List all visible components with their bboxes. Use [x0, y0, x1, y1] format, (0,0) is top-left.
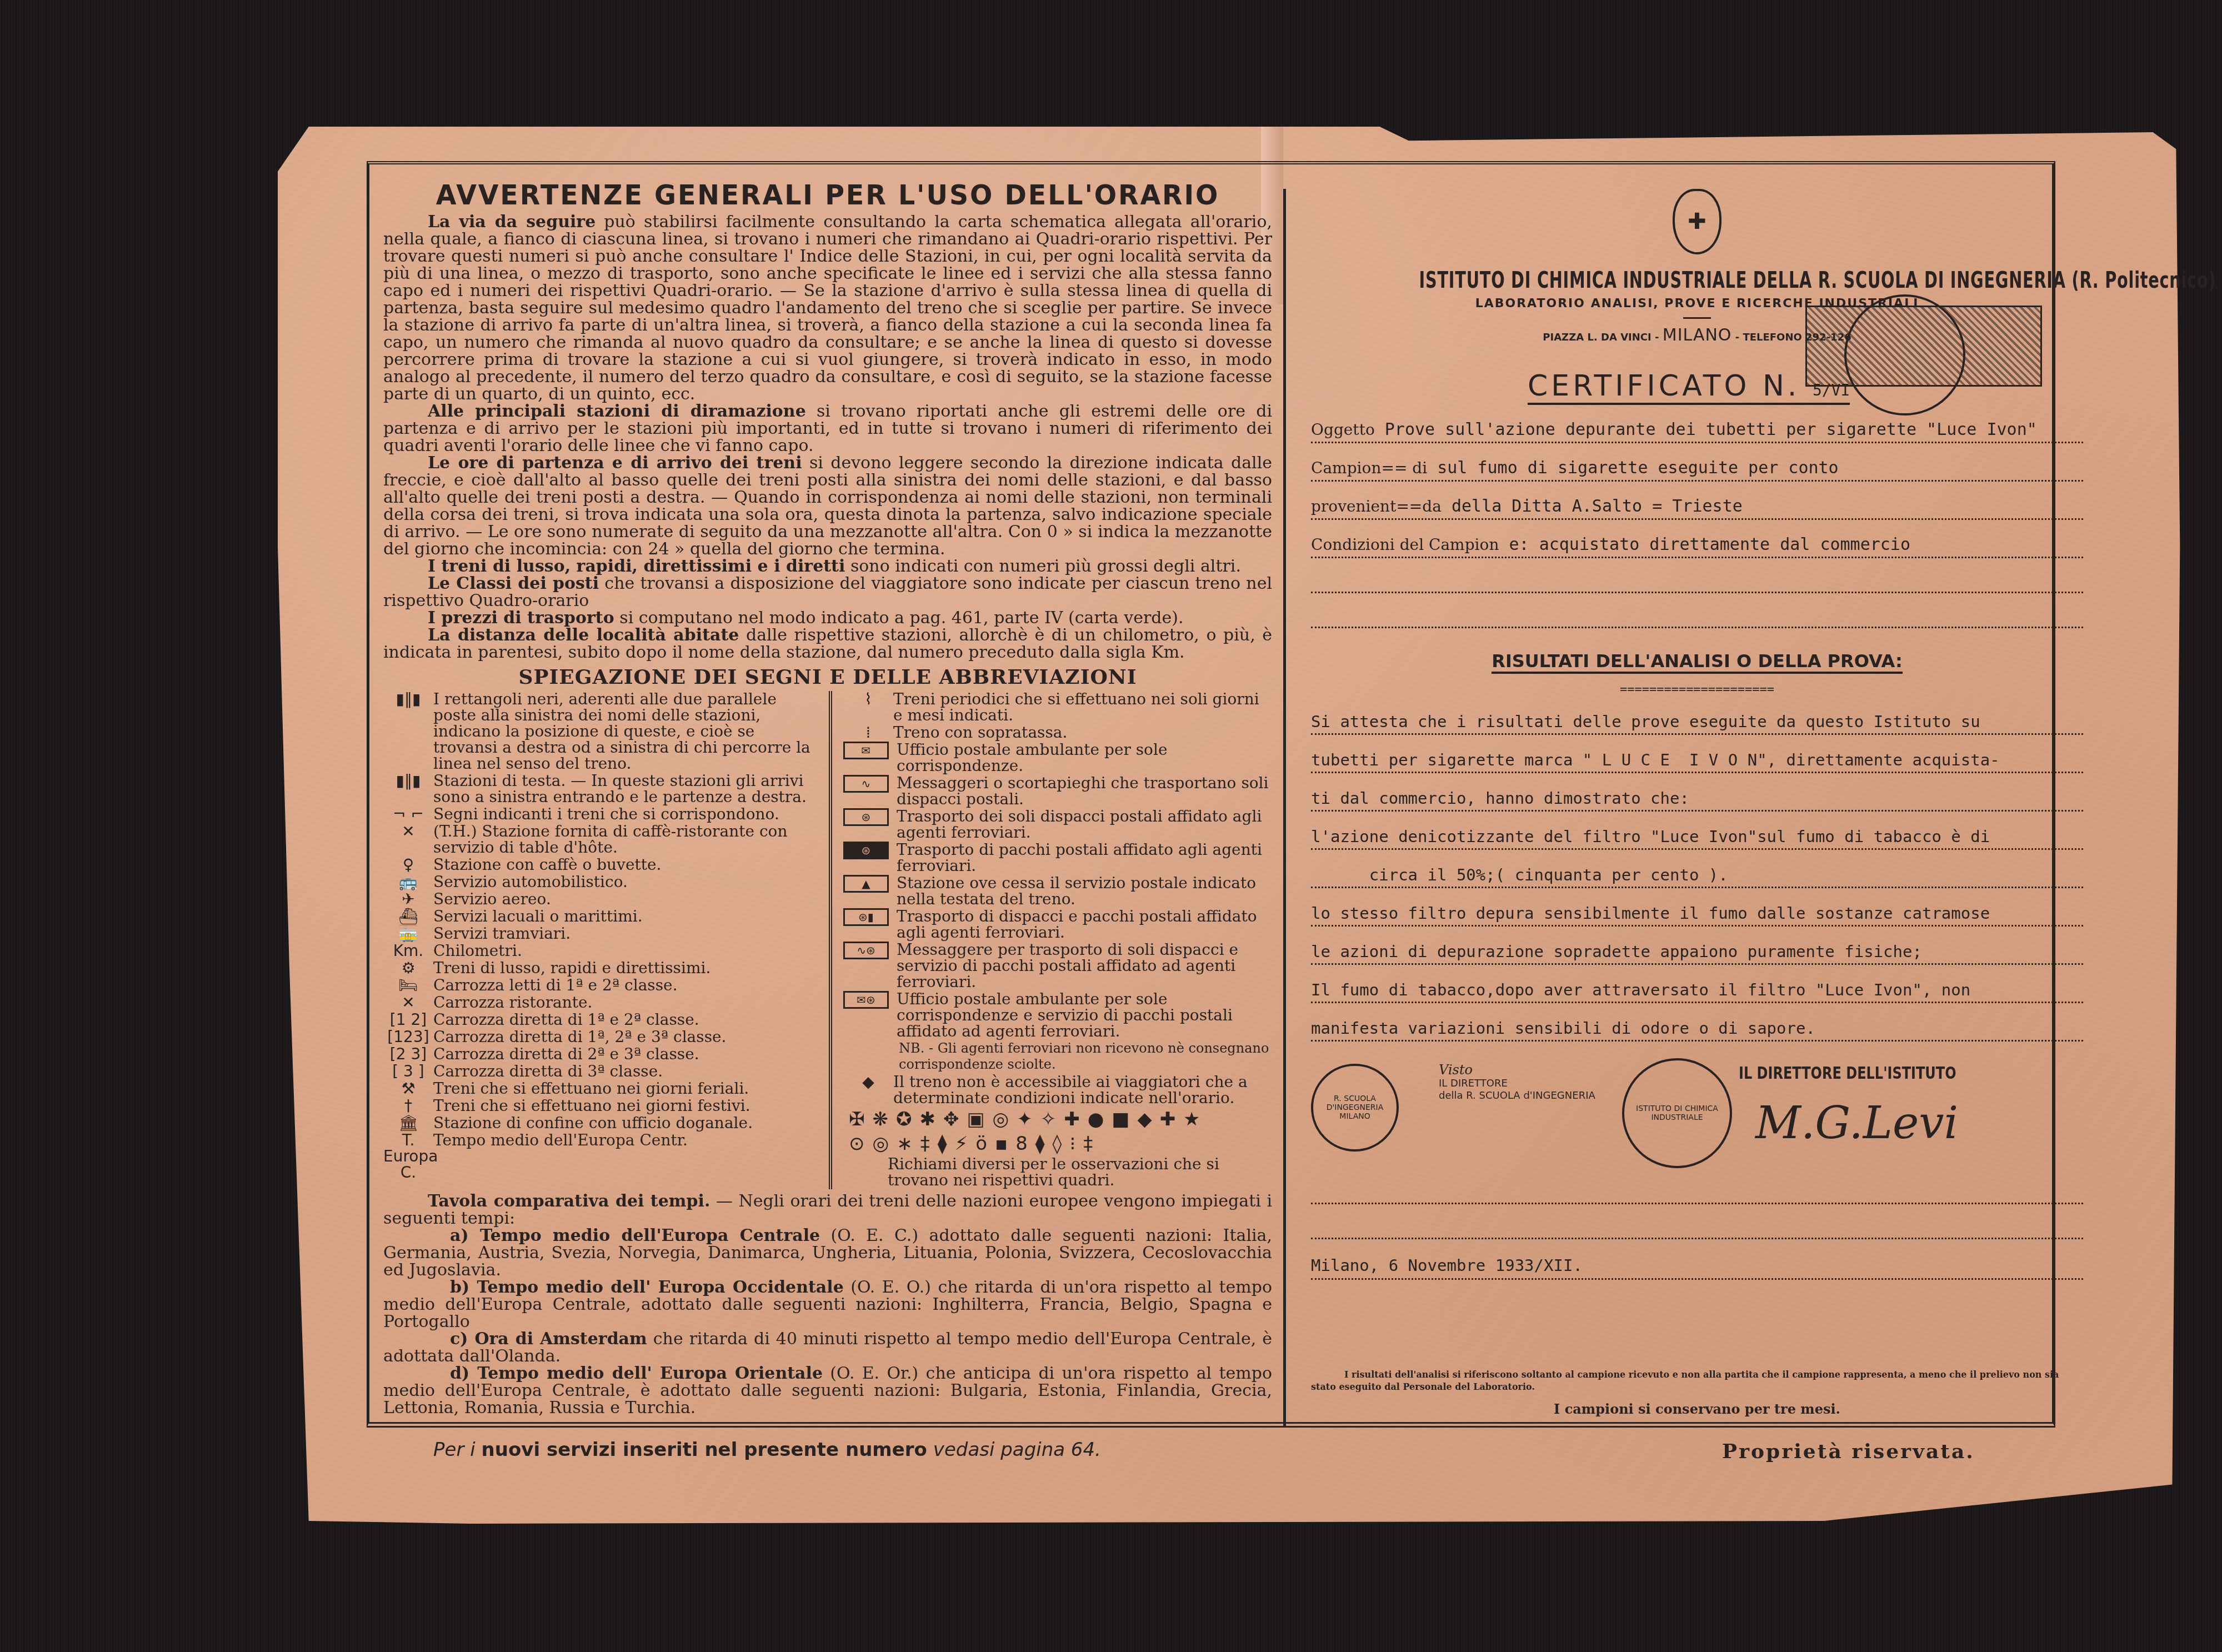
connection-sign-icon: ¬ ⌐	[383, 806, 433, 822]
result-line: ti dal commercio, hanno dimostrato che:	[1311, 790, 2083, 812]
legend-text: Treni che si effettuano nei giorni festi…	[433, 1098, 750, 1114]
legend-item: ∿Messaggeri o scortapieghi che trasporta…	[843, 775, 1272, 807]
legend-item: ¬ ⌐Segni indicanti i treni che si corris…	[383, 806, 812, 822]
timetable-item: d) Tempo medio dell' Europa Orientale (O…	[383, 1365, 1272, 1416]
legend-item: 🚋Servizi tramviari.	[383, 925, 812, 942]
symbols-caption: Richiami diversi per le osservazioni che…	[888, 1156, 1272, 1188]
result-line: le azioni di depurazione sopradette appa…	[1311, 943, 2083, 965]
nb-note: NB. - Gli agenti ferroviari non ricevono…	[899, 1040, 1272, 1073]
certificate-field: provenient==da della Ditta A.Salto = Tri…	[1311, 498, 2083, 520]
visto-label: Visto	[1439, 1062, 1473, 1078]
certificate-field: Campion== di sul fumo di sigarette esegu…	[1311, 460, 2083, 482]
legend-text: Treno con sopratassa.	[893, 724, 1067, 740]
mail-office-icon: ✉	[843, 742, 889, 759]
legend-item: T. Europa C.Tempo medio dell'Europa Cent…	[383, 1132, 812, 1180]
surcharge-icon: ⁞	[843, 724, 893, 740]
legend-text: Carrozza diretta di 2ª e 3ª classe.	[433, 1046, 699, 1062]
issue-date: Milano, 6 Novembre 1933/XII.	[1311, 1256, 2083, 1280]
legend-text: Chilometri.	[433, 943, 522, 959]
legend-text: Servizio aereo.	[433, 891, 551, 907]
timetable-item: b) Tempo medio dell' Europa Occidentale …	[383, 1279, 1272, 1330]
result-line: manifesta variazioni sensibili di odore …	[1311, 1020, 2083, 1042]
results-separator: =====================	[1311, 683, 2083, 697]
legend-text: Treni periodici che si effettuano nei so…	[893, 691, 1272, 723]
legend-item: 🛏Carrozza letti di 1ª e 2ª classe.	[383, 977, 812, 993]
luxury-train-icon: ⚙	[383, 960, 433, 976]
legend-item: ⚙Treni di lusso, rapidi e direttissimi.	[383, 960, 812, 976]
legend-item: [1 2]Carrozza diretta di 1ª e 2ª classe.	[383, 1012, 812, 1028]
footer-note: Per i nuovi servizi inseriti nel present…	[433, 1439, 1101, 1461]
legend-text: Segni indicanti i treni che si corrispon…	[433, 806, 779, 822]
paragraph-lead: I prezzi di trasporto	[428, 608, 614, 628]
legend-item: ✕Carrozza ristorante.	[383, 994, 812, 1010]
instruction-paragraph: La via da seguire può stabilirsi facilme…	[383, 213, 1272, 403]
legend-text: Trasporto dei soli dispacci postali affi…	[897, 808, 1272, 840]
legend-text: (T.H.) Stazione fornita di caffè-ristora…	[433, 823, 812, 855]
legend-item: ⚒Treni che si effettuano nei giorni feri…	[383, 1080, 812, 1097]
school-seal-icon: R. SCUOLA D'INGEGNERIA MILANO	[1311, 1064, 1399, 1152]
legend-text: Stazione con caffè o buvette.	[433, 857, 661, 873]
legend: ▮‖▮I rettangoli neri, aderenti alle due …	[383, 691, 1272, 1189]
field-value: sul fumo di sigarette eseguite per conto	[1437, 460, 1838, 478]
instructions-paragraphs: La via da seguire può stabilirsi facilme…	[383, 213, 1272, 661]
field-value: Prove sull'azione depurante dei tubetti …	[1385, 422, 2037, 439]
km-abbrev: Km.	[383, 943, 433, 959]
address-street: PIAZZA L. DA VINCI -	[1543, 332, 1659, 343]
institute-seal-icon: ISTITUTO DI CHIMICA INDUSTRIALE	[1622, 1058, 1732, 1168]
paragraph-lead: Alle principali stazioni di diramazione	[428, 402, 806, 421]
buvette-icon: ♀	[383, 857, 433, 873]
customs-icon: 🏛	[383, 1115, 433, 1131]
result-line: Si attesta che i risultati delle prove e…	[1311, 713, 2083, 735]
legend-text: Tempo medio dell'Europa Centr.	[433, 1132, 688, 1148]
time-comparison-table: Tavola comparativa dei tempi. — Negli or…	[383, 1193, 1272, 1416]
legend-item: ⊛▮Trasporto di dispacci e pacchi postali…	[843, 908, 1272, 940]
terminal-station-icon: ▮‖▮	[383, 773, 433, 789]
bus-icon: 🚌	[383, 874, 433, 890]
legend-item: ✈Servizio aereo.	[383, 891, 812, 907]
blank-line	[1311, 610, 2083, 628]
visto-school: della R. SCUOLA d'INGEGNERIA	[1439, 1090, 1595, 1102]
instruction-paragraph: La distanza delle località abitate dalle…	[383, 627, 1272, 661]
legend-item: ⊛Trasporto di pacchi postali affidato ag…	[843, 842, 1272, 874]
through-car-123-icon: [123]	[383, 1029, 433, 1045]
legend-text: Messaggere per trasporto di soli dispacc…	[897, 942, 1272, 990]
legend-item: ▮‖▮I rettangoli neri, aderenti alle due …	[383, 691, 812, 772]
legend-item: ♀Stazione con caffè o buvette.	[383, 857, 812, 873]
paragraph-lead: Le ore di partenza e di arrivo dei treni	[428, 453, 802, 473]
institute-stamp-icon	[1844, 294, 1965, 415]
diamond-icon: ◆	[843, 1074, 893, 1090]
legend-text: Ufficio postale ambulante per sole corri…	[897, 742, 1272, 774]
royal-crest-icon: ✚	[1673, 189, 1721, 254]
timetable-label: a) Tempo medio dell'Europa Centrale	[450, 1226, 820, 1245]
header-rule	[1683, 317, 1711, 319]
tram-icon: 🚋	[383, 925, 433, 942]
certificate-column: ✚ ISTITUTO DI CHIMICA INDUSTRIALE DELLA …	[1311, 189, 2083, 1417]
legend-text: Il treno non è accessibile ai viaggiator…	[893, 1074, 1272, 1106]
result-line: circa il 50%;( cinquanta per cento ).	[1311, 867, 2083, 888]
field-label: Campion== di	[1311, 460, 1427, 477]
institute-name: ISTITUTO DI CHIMICA INDUSTRIALE DELLA R.…	[1419, 268, 1975, 293]
field-value: della Ditta A.Salto = Trieste	[1452, 498, 1743, 516]
legend-text: Carrozza ristorante.	[433, 994, 593, 1010]
legend-text: Treni che si effettuano nei giorni feria…	[433, 1080, 749, 1097]
results-title: RISULTATI DELL'ANALISI O DELLA PROVA:	[1311, 650, 2083, 672]
reference-symbols-row-1: ✠❋✪✱✥▣◎✦✧✚●■◆✚★	[849, 1107, 1272, 1132]
result-line: tubetti per sigarette marca " L U C E I …	[1311, 752, 2083, 773]
messenger-parcel-icon: ∿⊛	[843, 942, 889, 959]
paragraph-text: può stabilirsi facilmente consultando la…	[383, 212, 1272, 404]
left-column: AVVERTENZE GENERALI PER L'USO DELL'ORARI…	[383, 172, 1272, 1416]
legend-item: [123]Carrozza diretta di 1ª, 2ª e 3ª cla…	[383, 1029, 812, 1045]
legend-item: 🏛Stazione di confine con ufficio doganal…	[383, 1115, 812, 1131]
instruction-paragraph: I prezzi di trasporto si computano nel m…	[383, 609, 1272, 627]
sleeper-car-icon: 🛏	[383, 977, 433, 993]
retention-note: I campioni si conservano per tre mesi.	[1311, 1401, 2083, 1417]
periodic-train-icon: ⌇	[843, 691, 893, 707]
legend-left-column: ▮‖▮I rettangoli neri, aderenti alle due …	[383, 691, 812, 1189]
result-line: l'azione denicotizzante del filtro "Luce…	[1311, 828, 2083, 850]
legend-text: Stazione di confine con ufficio doganale…	[433, 1115, 753, 1131]
legend-item: ⛴Servizi lacuali o marittimi.	[383, 908, 812, 924]
timetable-lead: Tavola comparativa dei tempi.	[428, 1192, 710, 1211]
footer-rights: Proprietà riservata.	[1722, 1440, 1975, 1463]
station-position-icon: ▮‖▮	[383, 691, 433, 707]
dispatch-parcel-icon: ⊛▮	[843, 908, 889, 926]
legend-item: ▲Stazione ove cessa il servizio postale …	[843, 875, 1272, 907]
dining-car-icon: ✕	[383, 994, 433, 1010]
certificate-field: Condizioni del Campion e: acquistato dir…	[1311, 537, 2083, 558]
legend-item: †Treni che si effettuano nei giorni fest…	[383, 1098, 812, 1114]
legend-text: I rettangoli neri, aderenti alle due par…	[433, 691, 812, 772]
legend-text: Trasporto di pacchi postali affidato agl…	[897, 842, 1272, 874]
paragraph-text: sono indicati con numeri più grossi degl…	[845, 557, 1241, 576]
timetable-label: b) Tempo medio dell' Europa Occidentale	[450, 1278, 844, 1297]
through-car-12-icon: [1 2]	[383, 1012, 433, 1028]
legend-text: Carrozza diretta di 3ª classe.	[433, 1063, 663, 1079]
visto-block: Visto IL DIRETTORE della R. SCUOLA d'ING…	[1439, 1064, 1595, 1102]
blank-line	[1311, 1221, 2083, 1239]
director-label: IL DIRETTORE DELL'ISTITUTO	[1739, 1064, 1956, 1083]
left-title: AVVERTENZE GENERALI PER L'USO DELL'ORARI…	[406, 179, 1250, 211]
timetable-item: a) Tempo medio dell'Europa Centrale (O. …	[383, 1227, 1272, 1279]
certificate-fields: Oggetto Prove sull'azione depurante dei …	[1311, 422, 2083, 558]
ship-icon: ⛴	[383, 908, 433, 924]
legend-item: ⌇Treni periodici che si effettuano nei s…	[843, 691, 1272, 723]
legend-item: 🚌Servizio automobilistico.	[383, 874, 812, 890]
restaurant-icon: ✕	[383, 823, 433, 839]
legend-item: ✕(T.H.) Stazione fornita di caffè-ristor…	[383, 823, 812, 855]
parcel-icon: ⊛	[843, 842, 889, 859]
timetable-label: c) Ora di Amsterdam	[450, 1329, 647, 1349]
legend-item: ∿⊛Messaggere per trasporto di soli dispa…	[843, 942, 1272, 990]
legend-text: Trasporto di dispacci e pacchi postali a…	[897, 908, 1272, 940]
paragraph-lead: Le Classi dei posti	[428, 574, 599, 593]
holiday-cross-icon: †	[383, 1098, 433, 1114]
result-line: lo stesso filtro depura sensibilmente il…	[1311, 905, 2083, 927]
legend-item-restricted: ◆ Il treno non è accessibile ai viaggiat…	[843, 1074, 1272, 1106]
blank-line	[1311, 1186, 2083, 1204]
dispatch-icon: ⊛	[843, 808, 889, 826]
director-signature: M.G.Levi	[1755, 1097, 1958, 1149]
certificate-field: Oggetto Prove sull'azione depurante dei …	[1311, 422, 2083, 443]
timetable-label: d) Tempo medio dell' Europa Orientale	[450, 1364, 823, 1383]
legend-text: Carrozza letti di 1ª e 2ª classe.	[433, 977, 678, 993]
messenger-icon: ∿	[843, 775, 889, 793]
instruction-paragraph: Le Classi dei posti che trovansi a dispo…	[383, 575, 1272, 609]
field-value: e: acquistato direttamente dal commercio	[1509, 537, 1910, 554]
legend-text: Servizio automobilistico.	[433, 874, 628, 890]
cet-abbrev: T. Europa C.	[383, 1132, 433, 1180]
legend-item: [2 3]Carrozza diretta di 2ª e 3ª classe.	[383, 1046, 812, 1062]
reference-symbols-row-2: ⊙◎∗‡⧫⚡ö▪8⧫◊⁝‡	[849, 1132, 1272, 1156]
certificate-heading: CERTIFICATO N. 5/VI	[1528, 369, 1850, 405]
weekday-icon: ⚒	[383, 1080, 433, 1097]
legend-text: Stazioni di testa. — In queste stazioni …	[433, 773, 812, 805]
result-line: Il fumo di tabacco,dopo aver attraversat…	[1311, 982, 2083, 1003]
field-label: Condizioni del Campion	[1311, 537, 1499, 554]
legend-item: Km.Chilometri.	[383, 943, 812, 959]
timetable-item: c) Ora di Amsterdam che ritarda di 40 mi…	[383, 1330, 1272, 1365]
postal-end-icon: ▲	[843, 875, 889, 893]
instruction-paragraph: Le ore di partenza e di arrivo dei treni…	[383, 454, 1272, 558]
results-text: Si attesta che i risultati delle prove e…	[1311, 713, 2083, 1042]
paragraph-lead: La distanza delle località abitate	[428, 625, 739, 645]
legend-text: Carrozza diretta di 1ª, 2ª e 3ª classe.	[433, 1029, 727, 1045]
legend-item: ✉Ufficio postale ambulante per sole corr…	[843, 742, 1272, 774]
instruction-paragraph: Alle principali stazioni di diramazione …	[383, 403, 1272, 454]
legend-item: ⁞Treno con sopratassa.	[843, 724, 1272, 740]
legend-item: ✉⊛Ufficio postale ambulante per sole cor…	[843, 991, 1272, 1039]
legend-text: Servizi tramviari.	[433, 925, 570, 942]
address-city: MILANO	[1663, 326, 1732, 345]
legend-item: ⊛Trasporto dei soli dispacci postali aff…	[843, 808, 1272, 840]
legend-title: SPIEGAZIONE DEI SEGNI E DELLE ABBREVIAZI…	[383, 665, 1272, 689]
visto-director: IL DIRETTORE	[1439, 1078, 1508, 1089]
paragraph-text: si computano nel modo indicato a pag. 46…	[614, 608, 1184, 628]
legend-item: [ 3 ]Carrozza diretta di 3ª classe.	[383, 1063, 812, 1079]
legend-right-column: ⌇Treni periodici che si effettuano nei s…	[829, 691, 1272, 1189]
column-divider	[1283, 189, 1286, 1428]
field-label: Oggetto	[1311, 422, 1375, 439]
legend-text: Servizi lacuali o marittimi.	[433, 908, 643, 924]
instruction-paragraph: I treni di lusso, rapidi, direttissimi e…	[383, 558, 1272, 575]
legend-text: Treni di lusso, rapidi e direttissimi.	[433, 960, 710, 976]
legend-text: Stazione ove cessa il servizio postale i…	[897, 875, 1272, 907]
disclaimer: I risultati dell'analisi si riferiscono …	[1311, 1369, 2083, 1393]
signature-row: R. SCUOLA D'INGEGNERIA MILANO Visto IL D…	[1311, 1058, 2083, 1169]
mail-parcel-icon: ✉⊛	[843, 991, 889, 1009]
legend-text: Messaggeri o scortapieghi che trasportan…	[897, 775, 1272, 807]
blank-line	[1311, 575, 2083, 593]
airplane-icon: ✈	[383, 891, 433, 907]
certificate-label: CERTIFICATO N.	[1528, 369, 1800, 403]
field-label: provenient==da	[1311, 498, 1442, 515]
timetable-intro: Tavola comparativa dei tempi. — Negli or…	[383, 1193, 1272, 1227]
legend-text: Carrozza diretta di 1ª e 2ª classe.	[433, 1012, 699, 1028]
legend-text: Ufficio postale ambulante per sole corri…	[897, 991, 1272, 1039]
legend-item: ▮‖▮Stazioni di testa. — In queste stazio…	[383, 773, 812, 805]
through-car-23-icon: [2 3]	[383, 1046, 433, 1062]
paragraph-lead: I treni di lusso, rapidi, direttissimi e…	[428, 557, 845, 576]
through-car-3-icon: [ 3 ]	[383, 1063, 433, 1079]
paragraph-lead: La via da seguire	[428, 212, 595, 232]
